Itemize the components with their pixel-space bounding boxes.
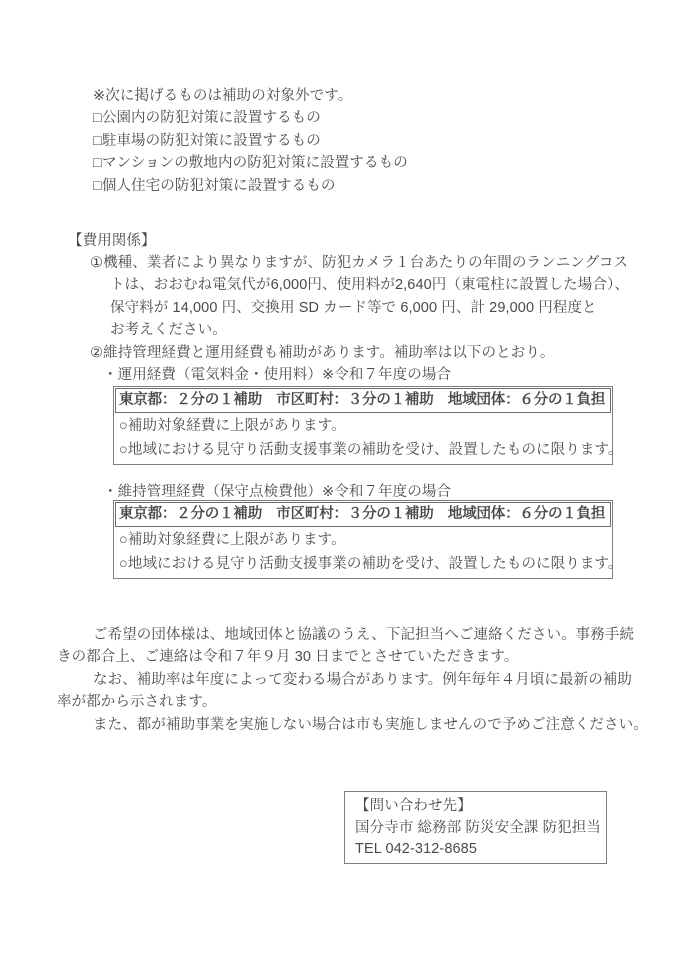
subsidy-block-operating-box: 東京都：２分の１補助 市区町村：３分の１補助 地域団体：６分の１負担 ○補助対象… [113, 386, 613, 465]
subsidy-block-maintenance-box: 東京都：２分の１補助 市区町村：３分の１補助 地域団体：６分の１負担 ○補助対象… [113, 500, 613, 579]
subsidy-note: ○補助対象経費に上限があります。 [115, 413, 611, 437]
contact-box: 【問い合わせ先】 国分寺市 総務部 防災安全課 防犯担当 TEL 042-312… [344, 791, 607, 864]
exclusions-note: ※次に掲げるものは補助の対象外です。 [93, 85, 408, 107]
subsidy-note: ○補助対象経費に上限があります。 [115, 527, 611, 551]
subsidy-rate-line: 東京都：２分の１補助 市区町村：３分の１補助 地域団体：６分の１負担 [115, 502, 611, 527]
costs-section-heading: 【費用関係】 [68, 230, 156, 252]
exclusion-item: □個人住宅の防犯対策に設置するもの [93, 175, 408, 197]
exclusion-item: □公園内の防犯対策に設置するもの [93, 107, 408, 129]
exclusion-item: □駐車場の防犯対策に設置するもの [93, 130, 408, 152]
subsidy-note: ○地域における見守り活動支援事業の補助を受け、設置したものに限ります。 [115, 551, 611, 575]
closing-line: また、都が補助事業を実施しない場合は市も実施しませんので予めご注意ください。 [57, 714, 648, 736]
cost-item-1-line: お考えください。 [90, 319, 629, 341]
cost-item-2: ②維持管理経費と運用経費も補助があります。補助率は以下のとおり。 [90, 342, 629, 364]
cost-item-1-line: 保守料が 14,000 円、交換用 SD カード等で 6,000 円、計 29,… [90, 297, 629, 319]
exclusion-item: □マンションの敷地内の防犯対策に設置するもの [93, 152, 408, 174]
contact-heading: 【問い合わせ先】 [355, 796, 596, 818]
closing-line: きの都合上、ご連絡は令和７年９月 30 日までとさせていただきます。 [57, 646, 648, 668]
costs-items: ①機種、業者により異なりますが、防犯カメラ１台あたりの年間のランニングコス トは… [90, 252, 629, 364]
contact-department: 国分寺市 総務部 防災安全課 防犯担当 [355, 818, 596, 840]
cost-item-1-line: トは、おおむね電気代が6,000円、使用料が2,640円（東電柱に設置した場合）… [90, 274, 629, 296]
subsidy-rate-line: 東京都：２分の１補助 市区町村：３分の１補助 地域団体：６分の１負担 [115, 388, 611, 413]
closing-paragraphs: ご希望の団体様は、地域団体と協議のうえ、下記担当へご連絡ください。事務手続 きの… [57, 624, 648, 736]
closing-line: なお、補助率は年度によって変わる場合があります。例年毎年４月頃に最新の補助 [57, 669, 648, 691]
closing-line: ご希望の団体様は、地域団体と協議のうえ、下記担当へご連絡ください。事務手続 [57, 624, 648, 646]
contact-tel: TEL 042-312-8685 [355, 839, 596, 861]
subsidy-block-operating-label: ・運用経費（電気料金・使用料）※令和７年度の場合 [103, 364, 451, 386]
subsidy-note: ○地域における見守り活動支援事業の補助を受け、設置したものに限ります。 [115, 437, 611, 461]
document-page: ※次に掲げるものは補助の対象外です。 □公園内の防犯対策に設置するもの □駐車場… [0, 0, 690, 977]
exclusions-section: ※次に掲げるものは補助の対象外です。 □公園内の防犯対策に設置するもの □駐車場… [93, 85, 408, 197]
closing-line: 率が都から示されます。 [57, 691, 648, 713]
cost-item-1-line: ①機種、業者により異なりますが、防犯カメラ１台あたりの年間のランニングコス [90, 252, 629, 274]
